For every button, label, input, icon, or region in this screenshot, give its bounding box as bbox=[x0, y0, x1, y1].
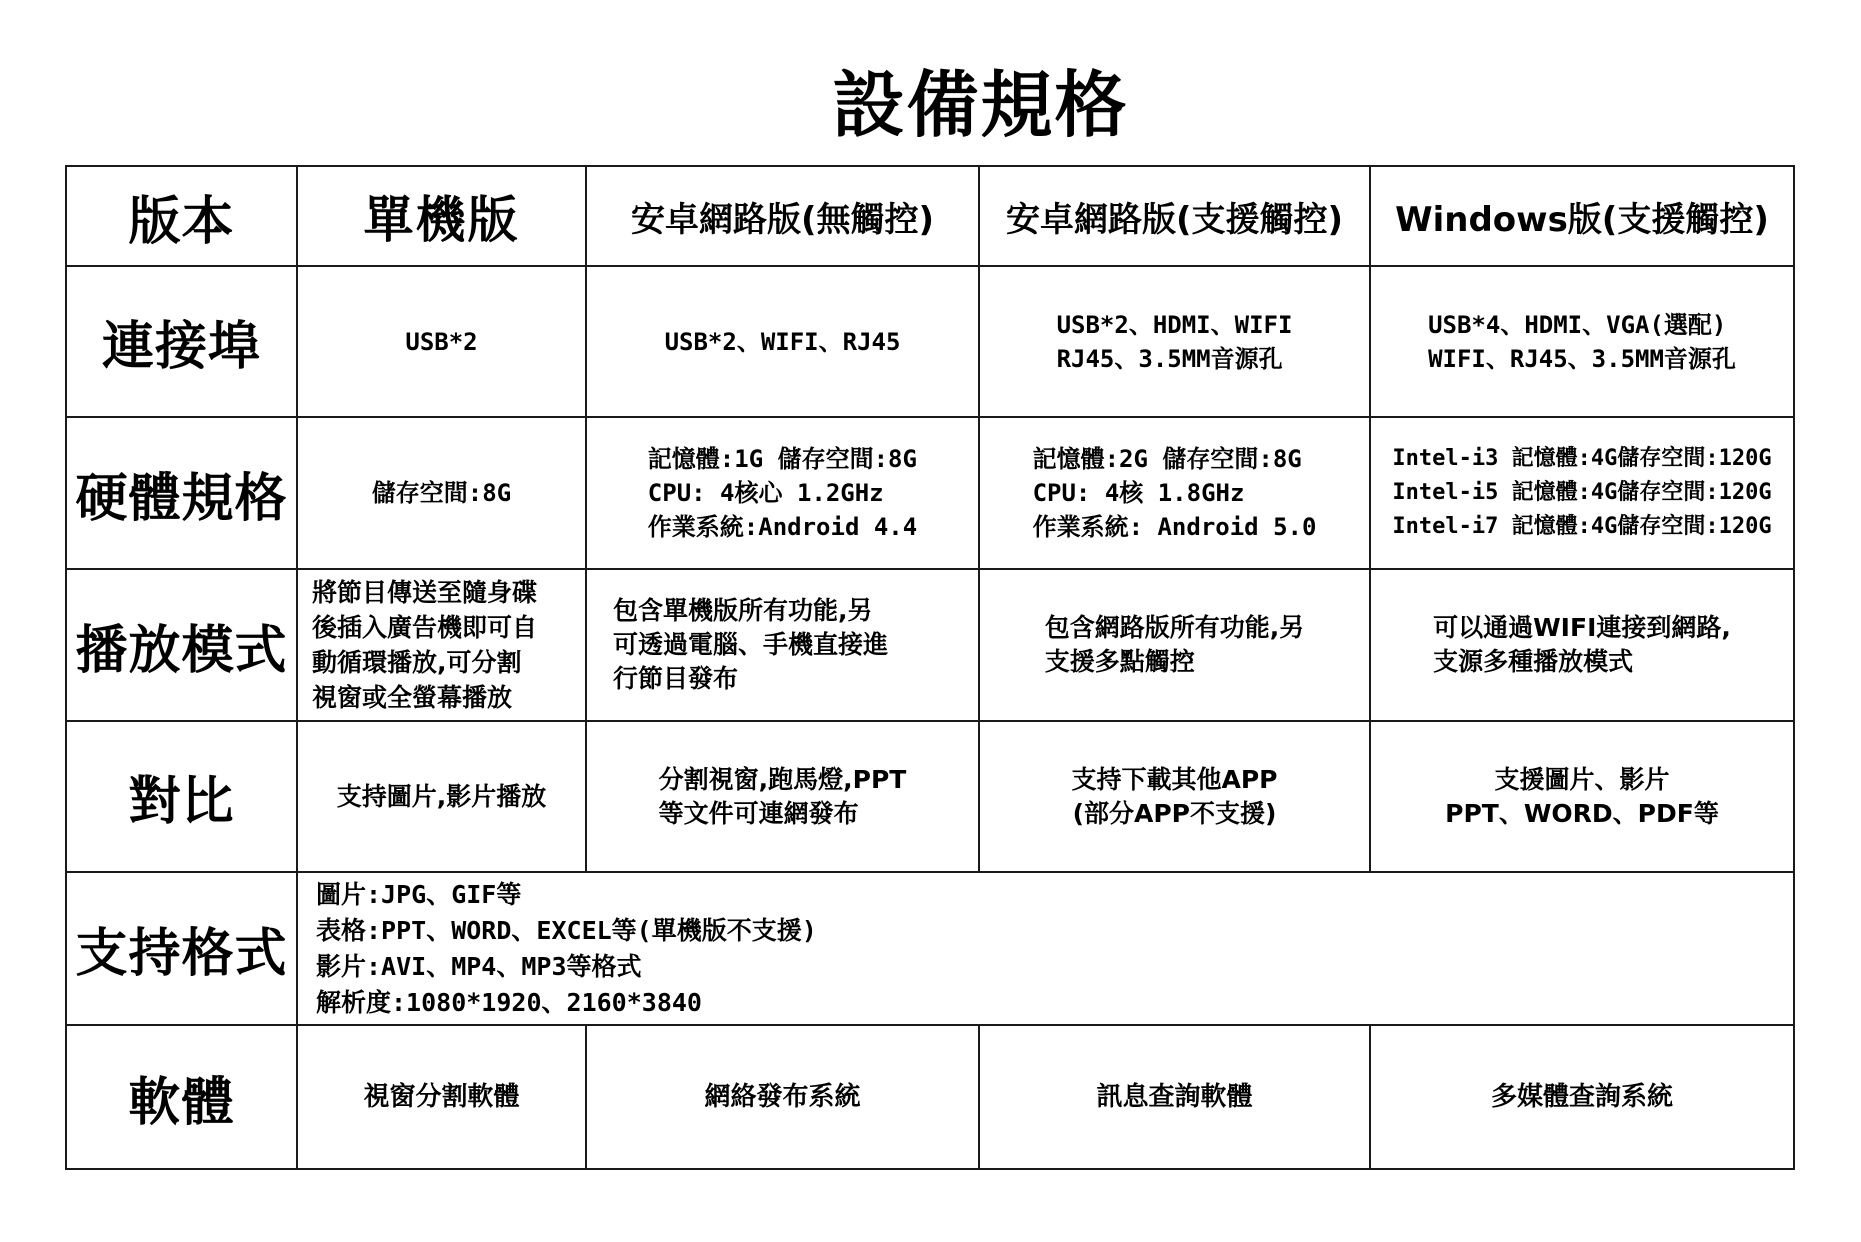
table-row-comparison: 對比 支持圖片,影片播放 分割視窗,跑馬燈,PPT 等文件可連網發布 支持下載其… bbox=[66, 721, 1794, 872]
header-label: 版本 bbox=[66, 166, 297, 266]
cell-line: 支源多種播放模式 bbox=[1433, 645, 1731, 679]
cell-line: 行節目發布 bbox=[613, 662, 978, 696]
cell-line: USB*2 bbox=[298, 325, 585, 359]
cell-line: 分割視窗,跑馬燈,PPT bbox=[659, 763, 907, 797]
cell-line: 動循環播放,可分割 bbox=[312, 645, 585, 680]
cell-line: PPT、WORD、PDF等 bbox=[1371, 797, 1793, 831]
cell-ports-windows: USB*4、HDMI、VGA(選配) WIFI、RJ45、3.5MM音源孔 bbox=[1370, 266, 1794, 417]
column-header-android-touch: 安卓網路版(支援觸控) bbox=[979, 166, 1370, 266]
cell-play-mode-android-touch: 包含網路版所有功能,另 支援多點觸控 bbox=[979, 569, 1370, 721]
cell-ports-android-touch: USB*2、HDMI、WIFI RJ45、3.5MM音源孔 bbox=[979, 266, 1370, 417]
cell-line: CPU: 4核 1.8GHz bbox=[1033, 476, 1317, 510]
cell-line: 記憶體:1G 儲存空間:8G bbox=[648, 442, 917, 476]
column-header-android-no-touch: 安卓網路版(無觸控) bbox=[586, 166, 979, 266]
row-label-hardware: 硬體規格 bbox=[66, 417, 297, 569]
cell-line: 將節目傳送至隨身碟 bbox=[312, 575, 585, 610]
cell-play-mode-android-no-touch: 包含單機版所有功能,另 可透過電腦、手機直接進 行節目發布 bbox=[586, 569, 979, 721]
table-row-hardware: 硬體規格 儲存空間:8G 記憶體:1G 儲存空間:8G CPU: 4核心 1.2… bbox=[66, 417, 1794, 569]
table-row-ports: 連接埠 USB*2 USB*2、WIFI、RJ45 USB*2、HDMI、WIF… bbox=[66, 266, 1794, 417]
cell-line: 支援多點觸控 bbox=[1045, 645, 1305, 679]
cell-line: CPU: 4核心 1.2GHz bbox=[648, 476, 917, 510]
cell-line: Intel-i5 記憶體:4G儲存空間:120G bbox=[1392, 476, 1771, 510]
cell-line: 可以通過WIFI連接到網路, bbox=[1433, 611, 1731, 645]
cell-line: Intel-i3 記憶體:4G儲存空間:120G bbox=[1392, 442, 1771, 476]
cell-line: 等文件可連網發布 bbox=[659, 797, 907, 831]
cell-software-android-no-touch: 網絡發布系統 bbox=[586, 1025, 979, 1169]
cell-comparison-standalone: 支持圖片,影片播放 bbox=[297, 721, 586, 872]
cell-line: 後插入廣告機即可自 bbox=[312, 610, 585, 645]
row-label-formats: 支持格式 bbox=[66, 872, 297, 1025]
row-label-ports: 連接埠 bbox=[66, 266, 297, 417]
format-line-documents: 表格:PPT、WORD、EXCEL等(單機版不支援) bbox=[316, 913, 1793, 949]
cell-play-mode-windows: 可以通過WIFI連接到網路, 支源多種播放模式 bbox=[1370, 569, 1794, 721]
cell-line: 作業系統: Android 5.0 bbox=[1033, 510, 1317, 544]
cell-comparison-android-no-touch: 分割視窗,跑馬燈,PPT 等文件可連網發布 bbox=[586, 721, 979, 872]
header-row: 版本 單機版 安卓網路版(無觸控) 安卓網路版(支援觸控) Windows版(支… bbox=[66, 166, 1794, 266]
column-header-windows: Windows版(支援觸控) bbox=[1370, 166, 1794, 266]
cell-software-windows: 多媒體查詢系統 bbox=[1370, 1025, 1794, 1169]
row-label-software: 軟體 bbox=[66, 1025, 297, 1169]
cell-line: 支持圖片,影片播放 bbox=[298, 780, 585, 814]
cell-line: 可透過電腦、手機直接進 bbox=[613, 628, 978, 662]
cell-line: 視窗或全螢幕播放 bbox=[312, 680, 585, 715]
cell-software-android-touch: 訊息查詢軟體 bbox=[979, 1025, 1370, 1169]
cell-comparison-windows: 支援圖片、影片 PPT、WORD、PDF等 bbox=[1370, 721, 1794, 872]
cell-play-mode-standalone: 將節目傳送至隨身碟 後插入廣告機即可自 動循環播放,可分割 視窗或全螢幕播放 bbox=[297, 569, 586, 721]
table-row-play-mode: 播放模式 將節目傳送至隨身碟 後插入廣告機即可自 動循環播放,可分割 視窗或全螢… bbox=[66, 569, 1794, 721]
cell-line: 支援圖片、影片 bbox=[1371, 763, 1793, 797]
cell-ports-android-no-touch: USB*2、WIFI、RJ45 bbox=[586, 266, 979, 417]
cell-line: 記憶體:2G 儲存空間:8G bbox=[1033, 442, 1317, 476]
format-line-resolution: 解析度:1080*1920、2160*3840 bbox=[316, 985, 1793, 1021]
cell-line: USB*4、HDMI、VGA(選配) bbox=[1428, 308, 1736, 342]
cell-software-standalone: 視窗分割軟體 bbox=[297, 1025, 586, 1169]
cell-line: 支持下載其他APP bbox=[980, 763, 1369, 797]
cell-hardware-windows: Intel-i3 記憶體:4G儲存空間:120G Intel-i5 記憶體:4G… bbox=[1370, 417, 1794, 569]
cell-line: 包含網路版所有功能,另 bbox=[1045, 611, 1305, 645]
cell-line: USB*2、HDMI、WIFI bbox=[1057, 308, 1293, 342]
cell-line: RJ45、3.5MM音源孔 bbox=[1057, 342, 1293, 376]
spec-table: 版本 單機版 安卓網路版(無觸控) 安卓網路版(支援觸控) Windows版(支… bbox=[65, 165, 1795, 1170]
table-row-formats: 支持格式 圖片:JPG、GIF等 表格:PPT、WORD、EXCEL等(單機版不… bbox=[66, 872, 1794, 1025]
table-row-software: 軟體 視窗分割軟體 網絡發布系統 訊息查詢軟體 多媒體查詢系統 bbox=[66, 1025, 1794, 1169]
row-label-comparison: 對比 bbox=[66, 721, 297, 872]
cell-hardware-android-touch: 記憶體:2G 儲存空間:8G CPU: 4核 1.8GHz 作業系統: Andr… bbox=[979, 417, 1370, 569]
row-label-play-mode: 播放模式 bbox=[66, 569, 297, 721]
cell-formats: 圖片:JPG、GIF等 表格:PPT、WORD、EXCEL等(單機版不支援) 影… bbox=[297, 872, 1794, 1025]
format-line-videos: 影片:AVI、MP4、MP3等格式 bbox=[316, 949, 1793, 985]
page-title: 設備規格 bbox=[0, 62, 1861, 148]
cell-hardware-android-no-touch: 記憶體:1G 儲存空間:8G CPU: 4核心 1.2GHz 作業系統:Andr… bbox=[586, 417, 979, 569]
cell-line: 作業系統:Android 4.4 bbox=[648, 510, 917, 544]
cell-line: (部分APP不支援) bbox=[980, 797, 1369, 831]
cell-line: USB*2、WIFI、RJ45 bbox=[587, 325, 978, 359]
column-header-standalone: 單機版 bbox=[297, 166, 586, 266]
cell-line: 包含單機版所有功能,另 bbox=[613, 594, 978, 628]
cell-line: WIFI、RJ45、3.5MM音源孔 bbox=[1428, 342, 1736, 376]
cell-comparison-android-touch: 支持下載其他APP (部分APP不支援) bbox=[979, 721, 1370, 872]
cell-hardware-standalone: 儲存空間:8G bbox=[297, 417, 586, 569]
cell-ports-standalone: USB*2 bbox=[297, 266, 586, 417]
cell-line: Intel-i7 記憶體:4G儲存空間:120G bbox=[1392, 510, 1771, 544]
cell-line: 儲存空間:8G bbox=[298, 476, 585, 510]
format-line-images: 圖片:JPG、GIF等 bbox=[316, 877, 1793, 913]
